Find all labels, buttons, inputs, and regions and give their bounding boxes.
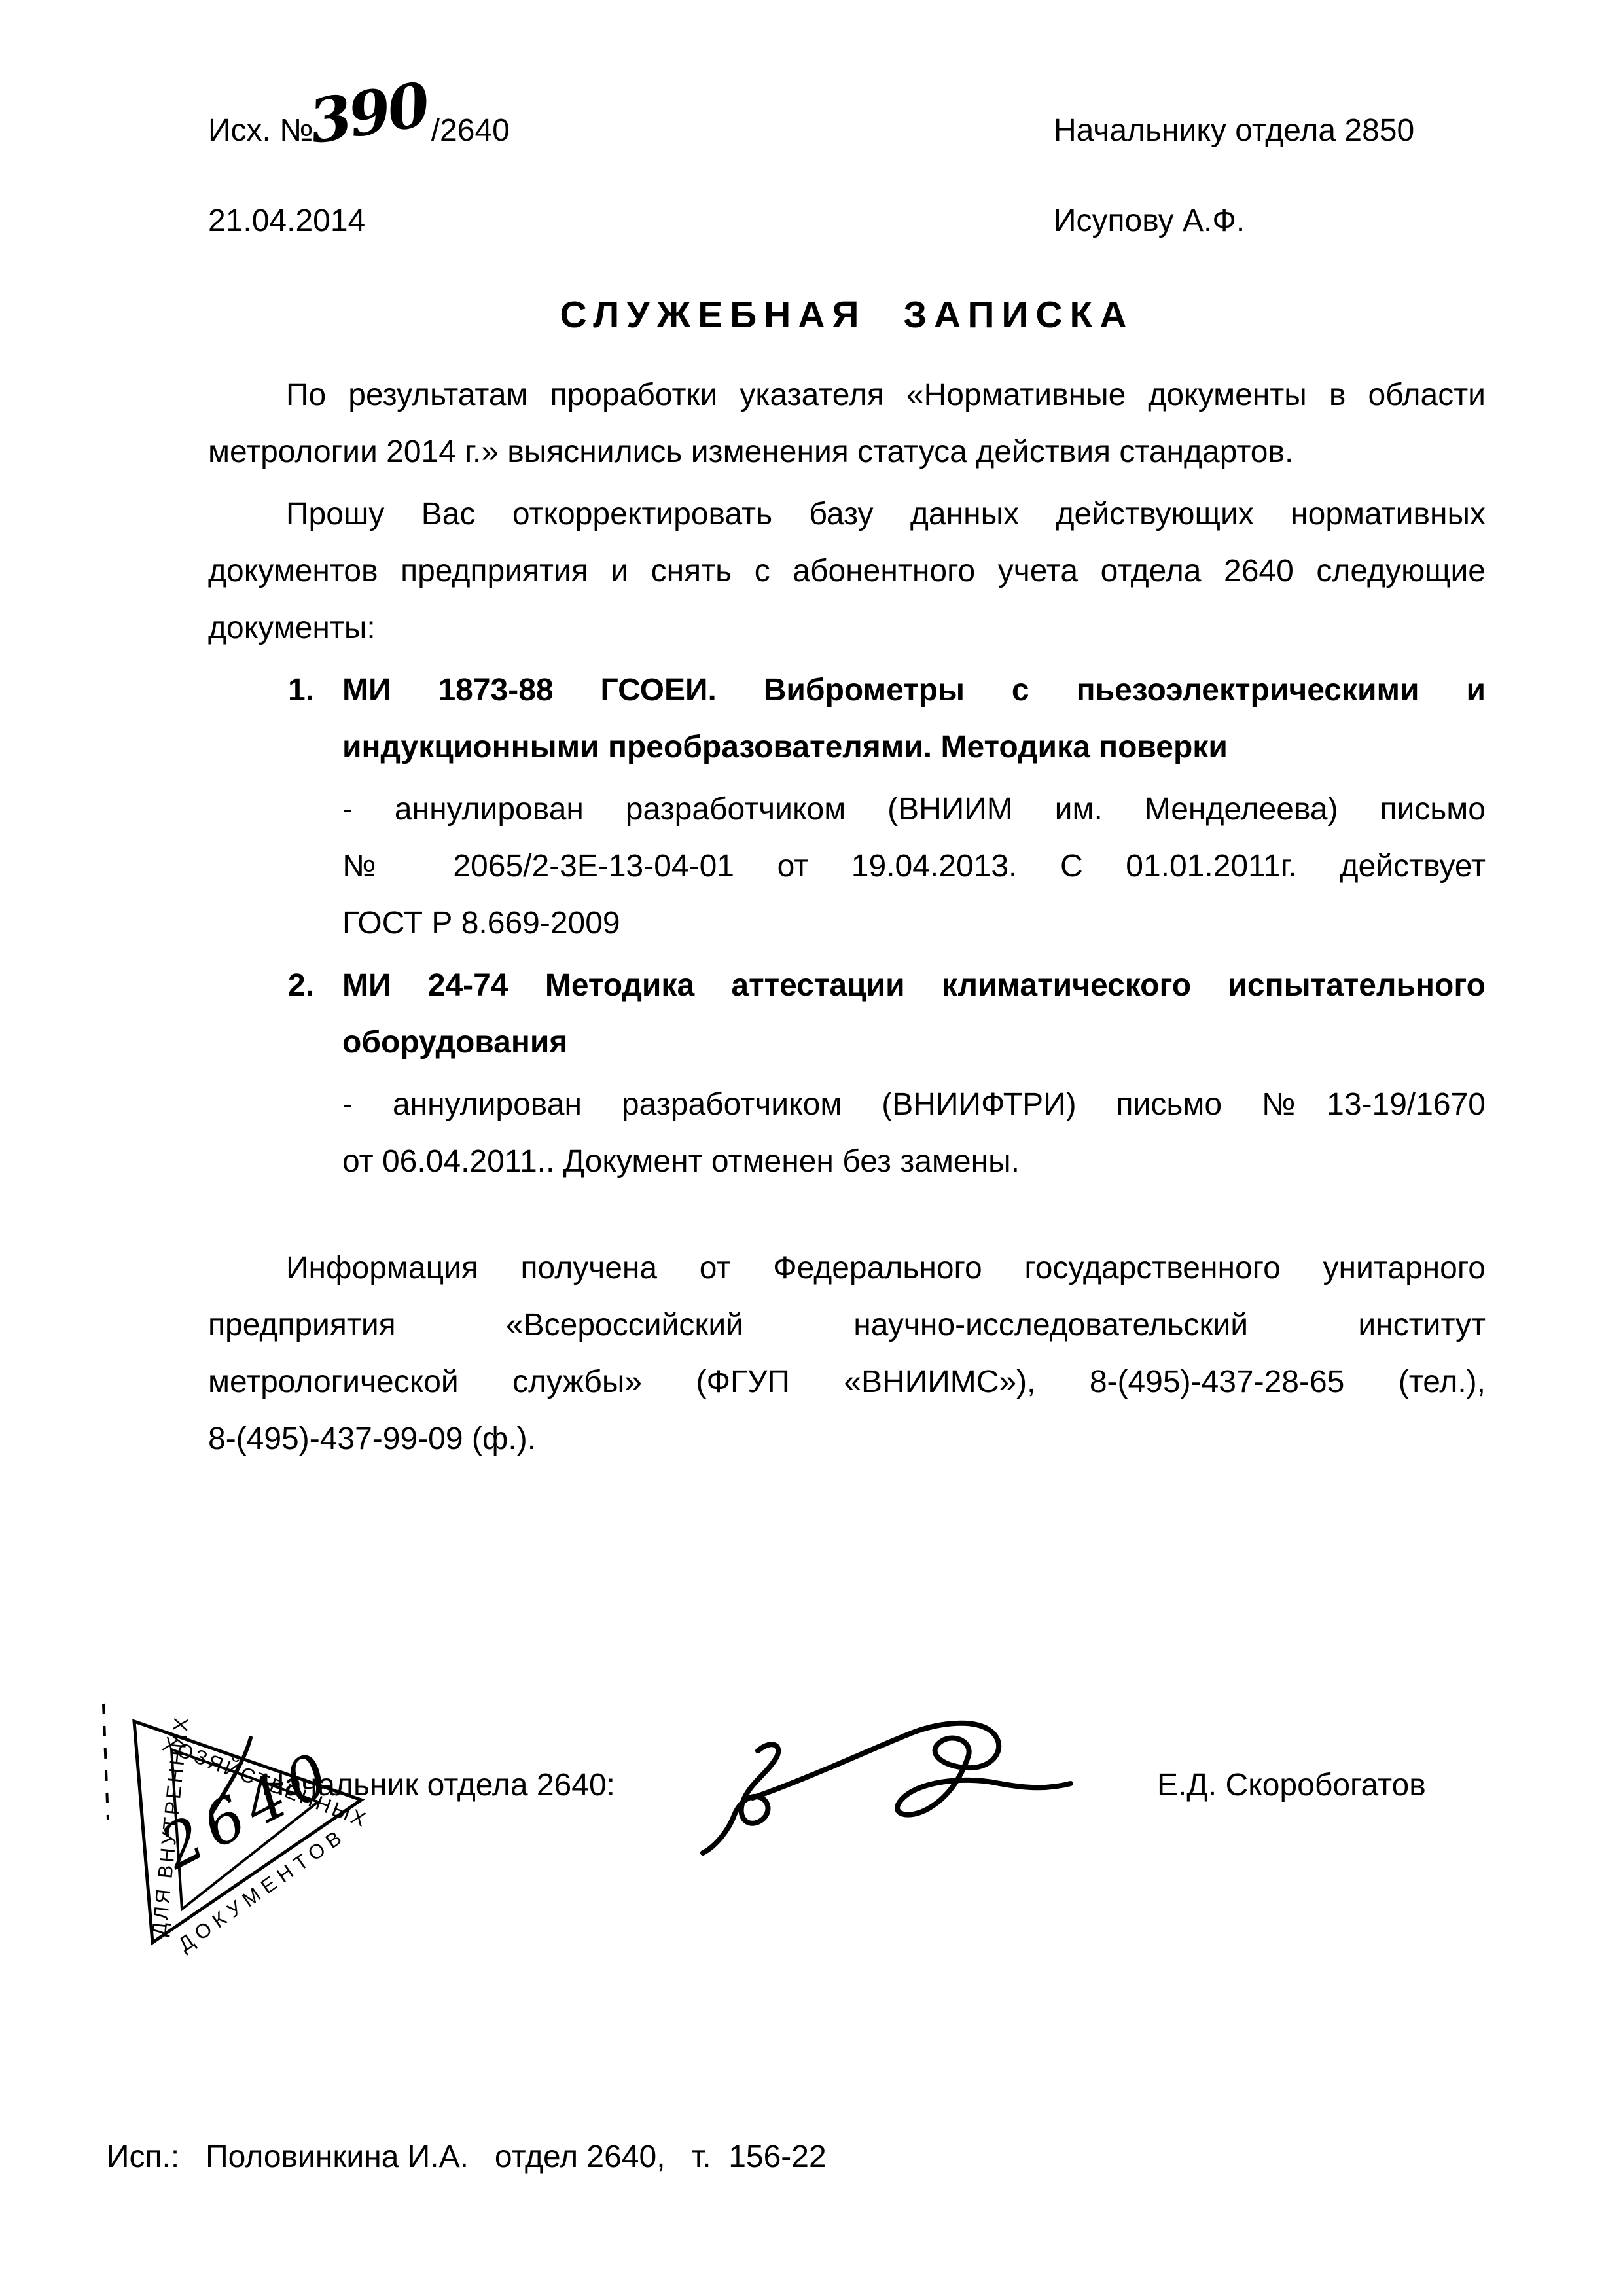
signature-position-label: Начальник отдела 2640: — [262, 1767, 615, 1803]
list-number: 1. — [288, 662, 314, 719]
document-date: 21.04.2014 — [208, 176, 510, 266]
executor-line: Исп.: Половинкина И.А. отдел 2640, т. 15… — [107, 2139, 827, 2175]
page-title: СЛУЖЕБНАЯ ЗАПИСКА — [208, 295, 1486, 335]
body-line: оборудования — [342, 1014, 1486, 1071]
body-line: Информация получена от Федерального госу… — [208, 1240, 1486, 1297]
body-line: МИ 24-74 Методика аттестации климатическ… — [342, 957, 1486, 1014]
body-line: метрологии 2014 г.» выяснились изменения… — [208, 423, 1486, 480]
signatory-name: Е.Д. Скоробогатов — [1157, 1767, 1426, 1803]
list-item-note: - аннулирован разработчиком (ВНИИМ им. М… — [342, 781, 1486, 952]
outgoing-ref-line: Исх. №390/2640 — [208, 86, 510, 176]
paragraph-1: По результатам проработки указателя «Нор… — [208, 367, 1486, 480]
body-line: документов предприятия и снять с абонент… — [208, 543, 1486, 600]
body-line: МИ 1873-88 ГСОЕИ. Виброметры с пьезоэлек… — [342, 662, 1486, 719]
body-line: - аннулирован разработчиком (ВНИИМ им. М… — [342, 781, 1486, 838]
body-line: № 2065/2-3Е-13-04-01 от 19.04.2013. С 01… — [342, 838, 1486, 895]
body-line: ГОСТ Р 8.669-2009 — [342, 895, 1486, 952]
outgoing-ref-block: Исх. №390/2640 21.04.2014 — [208, 86, 510, 266]
addressee-line-2: Исупову А.Ф. — [1054, 176, 1414, 266]
ref-prefix: Исх. № — [208, 113, 313, 148]
ref-number-handwritten: 390 — [310, 104, 427, 122]
signature-path — [703, 1723, 1071, 1853]
list-item-note: - аннулирован разработчиком (ВНИИФТРИ) п… — [342, 1076, 1486, 1190]
signature-stroke — [674, 1685, 1093, 1869]
body-line: предприятия «Всероссийский научно-исслед… — [208, 1297, 1486, 1354]
addressee-line-1: Начальнику отдела 2850 — [1054, 86, 1414, 176]
body-line: индукционными преобразователями. Методик… — [342, 719, 1486, 776]
list-item-2: 2. МИ 24-74 Методика аттестации климатич… — [208, 957, 1486, 1190]
stamp-edge-artifact — [103, 1704, 108, 1820]
triangular-stamp: ХОЗЯЙСТВЕННЫХ ДЛЯ ВНУТРЕННИХ ДОКУМЕНТОВ … — [98, 1666, 438, 2019]
memo-body: По результатам проработки указателя «Нор… — [208, 367, 1486, 1467]
list-item-title: МИ 1873-88 ГСОЕИ. Виброметры с пьезоэлек… — [342, 662, 1486, 776]
list-item-title: МИ 24-74 Методика аттестации климатическ… — [342, 957, 1486, 1071]
body-line: По результатам проработки указателя «Нор… — [208, 367, 1486, 423]
body-line: 8-(495)-437-99-09 (ф.). — [208, 1410, 1486, 1467]
body-line: - аннулирован разработчиком (ВНИИФТРИ) п… — [342, 1076, 1486, 1133]
addressee-block: Начальнику отдела 2850 Исупову А.Ф. — [1054, 86, 1414, 266]
body-line: документы: — [208, 600, 1486, 656]
ref-suffix: /2640 — [431, 113, 510, 148]
list-number: 2. — [288, 957, 314, 1014]
body-line: Прошу Вас откорректировать базу данных д… — [208, 486, 1486, 543]
paragraph-2: Прошу Вас откорректировать базу данных д… — [208, 486, 1486, 656]
scanned-memo-page: Исх. №390/2640 21.04.2014 Начальнику отд… — [0, 0, 1623, 2296]
body-line: от 06.04.2011.. Документ отменен без зам… — [342, 1133, 1486, 1190]
paragraph-3: Информация получена от Федерального госу… — [208, 1240, 1486, 1467]
body-line: метрологической службы» (ФГУП «ВНИИМС»),… — [208, 1354, 1486, 1410]
list-item-1: 1. МИ 1873-88 ГСОЕИ. Виброметры с пьезоэ… — [208, 662, 1486, 952]
